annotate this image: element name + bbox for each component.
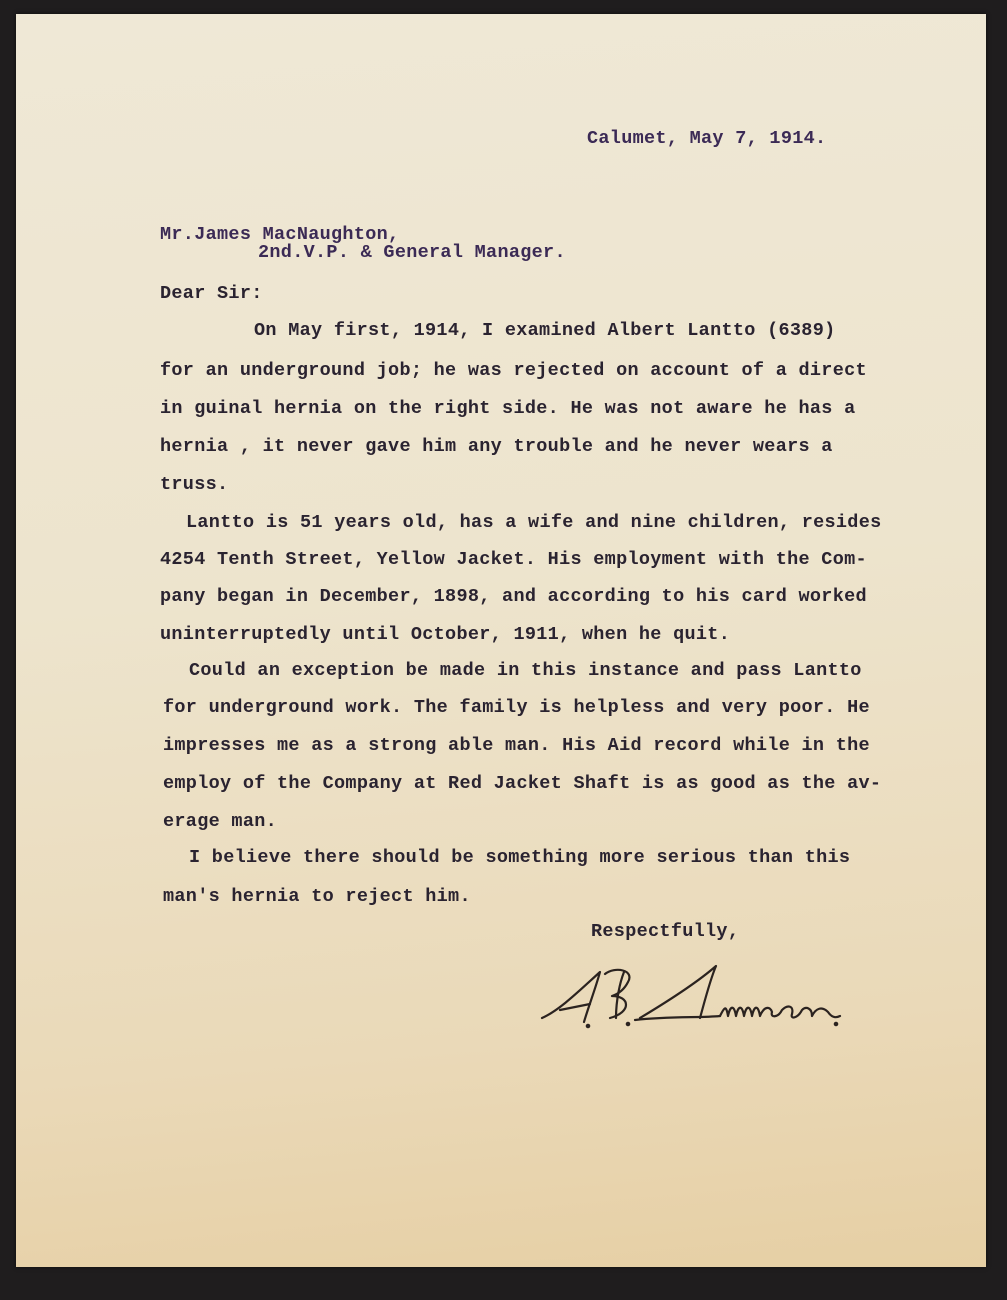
closing: Respectfully, <box>591 921 739 942</box>
salutation: Dear Sir: <box>160 283 263 304</box>
paragraph-3-line-5: erage man. <box>163 811 277 832</box>
paragraph-2-line-2: 4254 Tenth Street, Yellow Jacket. His em… <box>160 549 867 570</box>
recipient-title: 2nd.V.P. & General Manager. <box>258 242 566 263</box>
paragraph-3-line-4: employ of the Company at Red Jacket Shaf… <box>163 773 881 794</box>
paragraph-2-line-1: Lantto is 51 years old, has a wife and n… <box>186 512 882 533</box>
dateline: Calumet, May 7, 1914. <box>587 128 826 149</box>
paragraph-1-line-5: truss. <box>160 474 228 495</box>
paragraph-4-line-1: I believe there should be something more… <box>189 847 850 868</box>
paragraph-1-line-3: in guinal hernia on the right side. He w… <box>160 398 856 419</box>
paragraph-2-line-3: pany began in December, 1898, and accord… <box>160 586 867 607</box>
paragraph-1-line-4: hernia , it never gave him any trouble a… <box>160 436 833 457</box>
paragraph-2-line-4: uninterruptedly until October, 1911, whe… <box>160 624 730 645</box>
paragraph-4-line-2: man's hernia to reject him. <box>163 886 471 907</box>
paragraph-1-line-1: On May first, 1914, I examined Albert La… <box>254 320 836 341</box>
paragraph-3-line-2: for underground work. The family is help… <box>163 697 870 718</box>
paragraph-3-line-3: impresses me as a strong able man. His A… <box>163 735 870 756</box>
paragraph-3-line-1: Could an exception be made in this insta… <box>189 660 862 681</box>
paragraph-1-line-2: for an underground job; he was rejected … <box>160 360 867 381</box>
handwritten-signature <box>540 960 880 1030</box>
